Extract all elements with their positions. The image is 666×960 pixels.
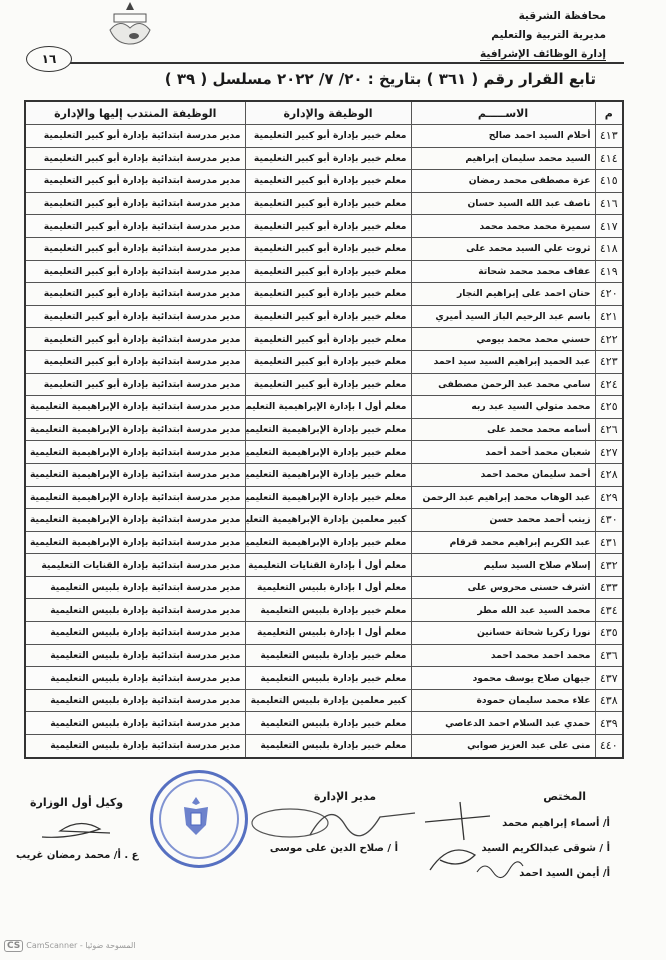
name-cell: عزة مصطفى محمد رمضان <box>411 170 595 193</box>
name-cell: شعبان محمد أحمد أحمد <box>411 441 595 464</box>
eagle-emblem-icon <box>178 795 214 839</box>
table-row: ٤١٨ثروت علي السيد محمد علىمعلم خبير بإدا… <box>25 237 623 260</box>
serial-cell: ٤٣٣ <box>595 576 623 599</box>
new-job-cell: مدير مدرسة ابتدائية بإدارة بلبيس التعليم… <box>25 689 245 712</box>
new-job-cell: مدير مدرسة ابتدائية بإدارة أبو كبير التع… <box>25 260 245 283</box>
column-header-current-job: الوظيفة والإدارة <box>245 101 411 125</box>
new-job-cell: مدير مدرسة ابتدائية بإدارة بلبيس التعليم… <box>25 644 245 667</box>
new-job-cell: مدير مدرسة ابتدائية بإدارة بلبيس التعليم… <box>25 735 245 758</box>
table-row: ٤٢٢حسني محمد محمد بيوميمعلم خبير بإدارة … <box>25 328 623 351</box>
name-cell: محمد متولي السيد عبد ربه <box>411 396 595 419</box>
name-cell: اشرف حسنى محروس على <box>411 576 595 599</box>
table-row: ٤١٧سميرة محمد محمد محمدمعلم خبير بإدارة … <box>25 215 623 238</box>
current-job-cell: كبير معلمين بإدارة بلبيس التعليمية <box>245 689 411 712</box>
table-row: ٤٢٥محمد متولي السيد عبد ربهمعلم أول ا بإ… <box>25 396 623 419</box>
name-cell: أحلام السيد احمد صالح <box>411 125 595 148</box>
undersecretary-signature-scrawl <box>40 815 120 843</box>
table-row: ٤٢٧شعبان محمد أحمد أحمدمعلم خبير بإدارة … <box>25 441 623 464</box>
specialist-name-3: أ/ أيمن السيد احمد <box>519 868 610 879</box>
serial-cell: ٤٣٢ <box>595 554 623 577</box>
table-row: ٤١٩عفاف محمد محمد شحاتةمعلم خبير بإدارة … <box>25 260 623 283</box>
name-cell: إسلام صلاح السيد سليم <box>411 554 595 577</box>
serial-cell: ٤٢٧ <box>595 441 623 464</box>
name-cell: منى على عبد العزيز صوابي <box>411 735 595 758</box>
scanner-watermark: CSCamScanner - المسوحة ضوئيا <box>4 940 136 952</box>
table-header-row: م الاســـــم الوظيفة والإدارة الوظيفة ال… <box>25 101 623 125</box>
serial-cell: ٤١٧ <box>595 215 623 238</box>
table-row: ٤٣٩حمدي عبد السلام احمد الدعاصيمعلم خبير… <box>25 712 623 735</box>
name-cell: عفاف محمد محمد شحاتة <box>411 260 595 283</box>
specialist-3-signature-scrawl <box>475 858 525 880</box>
directorate-title: مديرية التربية والتعليم <box>491 29 606 41</box>
name-cell: حسني محمد محمد بيومي <box>411 328 595 351</box>
table-row: ٤٢٩عبد الوهاب محمد إبراهيم عبد الرحمنمعل… <box>25 486 623 509</box>
current-job-cell: معلم أول ا بإدارة بلبيس التعليمية <box>245 622 411 645</box>
serial-cell: ٤٢٨ <box>595 463 623 486</box>
department-title: إدارة الوظائف الإشرافية <box>480 48 606 61</box>
undersecretary-name: ع . أ/ محمد رمضان غريب <box>16 850 138 861</box>
director-signature-scrawl <box>250 795 420 845</box>
name-cell: محمد احمد محمد احمد <box>411 644 595 667</box>
current-job-cell: معلم خبير بإدارة الإبراهيمية التعليمية <box>245 418 411 441</box>
new-job-cell: مدير مدرسة ابتدائية بإدارة أبو كبير التع… <box>25 373 245 396</box>
name-cell: نورا زكريا شحاتة حسانين <box>411 622 595 645</box>
current-job-cell: معلم خبير بإدارة الإبراهيمية التعليمية <box>245 531 411 554</box>
new-job-cell: مدير مدرسة ابتدائية بإدارة أبو كبير التع… <box>25 305 245 328</box>
new-job-cell: مدير مدرسة ابتدائية بإدارة بلبيس التعليم… <box>25 667 245 690</box>
table-row: ٤١٥عزة مصطفى محمد رمضانمعلم خبير بإدارة … <box>25 170 623 193</box>
current-job-cell: معلم خبير بإدارة أبو كبير التعليمية <box>245 170 411 193</box>
table-row: ٤٣٣اشرف حسنى محروس علىمعلم أول ا بإدارة … <box>25 576 623 599</box>
current-job-cell: معلم خبير بإدارة أبو كبير التعليمية <box>245 283 411 306</box>
serial-cell: ٤٢٦ <box>595 418 623 441</box>
current-job-cell: معلم خبير بإدارة أبو كبير التعليمية <box>245 305 411 328</box>
roster-body: ٤١٣أحلام السيد احمد صالحمعلم خبير بإدارة… <box>25 125 623 758</box>
governorate-title: محافظة الشرقية <box>519 10 606 22</box>
table-row: ٤٢٣عبد الحميد إبراهيم السيد سيد احمدمعلم… <box>25 350 623 373</box>
current-job-cell: معلم أول أ بإدارة القنايات التعليمية <box>245 554 411 577</box>
current-job-cell: معلم خبير بإدارة أبو كبير التعليمية <box>245 350 411 373</box>
new-job-cell: مدير مدرسة ابتدائية بإدارة أبو كبير التع… <box>25 237 245 260</box>
current-job-cell: معلم خبير بإدارة الإبراهيمية التعليمية <box>245 463 411 486</box>
name-cell: حنان احمد على إبراهيم النجار <box>411 283 595 306</box>
name-cell: أحمد سليمان محمد احمد <box>411 463 595 486</box>
name-cell: عبد الوهاب محمد إبراهيم عبد الرحمن <box>411 486 595 509</box>
roster-table: م الاســـــم الوظيفة والإدارة الوظيفة ال… <box>24 100 624 759</box>
current-job-cell: معلم أول ا بإدارة بلبيس التعليمية <box>245 576 411 599</box>
serial-cell: ٤١٦ <box>595 192 623 215</box>
name-cell: جيهان صلاح يوسف محمود <box>411 667 595 690</box>
decision-reference: تابع القرار رقم ( ٣٦١ ) بتاريخ : ٢٠/ ٧/ … <box>165 70 596 88</box>
table-row: ٤٣٤محمد السيد عبد الله مطرمعلم خبير بإدا… <box>25 599 623 622</box>
current-job-cell: معلم خبير بإدارة أبو كبير التعليمية <box>245 237 411 260</box>
serial-cell: ٤٢٩ <box>595 486 623 509</box>
header-rule <box>28 62 624 64</box>
new-job-cell: مدير مدرسة ابتدائية بإدارة الإبراهيمية ا… <box>25 463 245 486</box>
current-job-cell: كبير معلمين بإدارة الإبراهيمية التعليمية <box>245 509 411 532</box>
new-job-cell: مدير مدرسة ابتدائية بإدارة الإبراهيمية ا… <box>25 486 245 509</box>
page-number-badge: ١٦ <box>26 46 72 72</box>
new-job-cell: مدير مدرسة ابتدائية بإدارة بلبيس التعليم… <box>25 622 245 645</box>
column-header-new-job: الوظيفة المنتدب إليها والإدارة <box>25 101 245 125</box>
current-job-cell: معلم خبير بإدارة أبو كبير التعليمية <box>245 328 411 351</box>
serial-cell: ٤٣٤ <box>595 599 623 622</box>
serial-cell: ٤٢١ <box>595 305 623 328</box>
current-job-cell: معلم خبير بإدارة أبو كبير التعليمية <box>245 373 411 396</box>
serial-cell: ٤٣٨ <box>595 689 623 712</box>
table-row: ٤٣٦محمد احمد محمد احمدمعلم خبير بإدارة ب… <box>25 644 623 667</box>
scanner-text: CamScanner - المسوحة ضوئيا <box>26 941 135 950</box>
current-job-cell: معلم خبير بإدارة بلبيس التعليمية <box>245 644 411 667</box>
serial-cell: ٤١٣ <box>595 125 623 148</box>
serial-cell: ٤٣٥ <box>595 622 623 645</box>
new-job-cell: مدير مدرسة ابتدائية بإدارة بلبيس التعليم… <box>25 712 245 735</box>
table-row: ٤٣٢إسلام صلاح السيد سليممعلم أول أ بإدار… <box>25 554 623 577</box>
undersecretary-title: وكيل أول الوزارة <box>30 796 123 809</box>
serial-cell: ٤٢٣ <box>595 350 623 373</box>
serial-cell: ٤٢٤ <box>595 373 623 396</box>
table-row: ٤٢١باسم عبد الرحيم الباز السيد أميريمعلم… <box>25 305 623 328</box>
serial-cell: ٤٢٥ <box>595 396 623 419</box>
table-row: ٤٢٤سامي محمد عبد الرحمن مصطفىمعلم خبير ب… <box>25 373 623 396</box>
name-cell: عبد الكريم إبراهيم محمد قرقام <box>411 531 595 554</box>
camscanner-logo-icon: CS <box>4 940 23 952</box>
new-job-cell: مدير مدرسة ابتدائية بإدارة أبو كبير التع… <box>25 350 245 373</box>
new-job-cell: مدير مدرسة ابتدائية بإدارة أبو كبير التع… <box>25 125 245 148</box>
serial-cell: ٤٣٩ <box>595 712 623 735</box>
serial-cell: ٤٣١ <box>595 531 623 554</box>
column-header-serial: م <box>595 101 623 125</box>
serial-cell: ٤٢٢ <box>595 328 623 351</box>
serial-cell: ٤١٨ <box>595 237 623 260</box>
current-job-cell: معلم خبير بإدارة أبو كبير التعليمية <box>245 147 411 170</box>
current-job-cell: معلم خبير بإدارة بلبيس التعليمية <box>245 712 411 735</box>
table-row: ٤٣١عبد الكريم إبراهيم محمد قرقاممعلم خبي… <box>25 531 623 554</box>
current-job-cell: معلم خبير بإدارة بلبيس التعليمية <box>245 599 411 622</box>
current-job-cell: معلم خبير بإدارة الإبراهيمية التعليمية <box>245 441 411 464</box>
serial-cell: ٤١٤ <box>595 147 623 170</box>
serial-cell: ٤١٩ <box>595 260 623 283</box>
table-row: ٤١٤السيد محمد سليمان إبراهيممعلم خبير بإ… <box>25 147 623 170</box>
table-row: ٤١٣أحلام السيد احمد صالحمعلم خبير بإدارة… <box>25 125 623 148</box>
new-job-cell: مدير مدرسة ابتدائية بإدارة أبو كبير التع… <box>25 328 245 351</box>
new-job-cell: مدير مدرسة ابتدائية بإدارة أبو كبير التع… <box>25 215 245 238</box>
table-row: ٤٢٦أسامه محمد محمد علىمعلم خبير بإدارة ا… <box>25 418 623 441</box>
serial-cell: ٤١٥ <box>595 170 623 193</box>
new-job-cell: مدير مدرسة ابتدائية بإدارة أبو كبير التع… <box>25 147 245 170</box>
new-job-cell: مدير مدرسة ابتدائية بإدارة الإبراهيمية ا… <box>25 441 245 464</box>
table-row: ٤٢٨أحمد سليمان محمد احمدمعلم خبير بإدارة… <box>25 463 623 486</box>
table-row: ٤٣٥نورا زكريا شحاتة حسانينمعلم أول ا بإد… <box>25 622 623 645</box>
name-cell: ناصف عبد الله السيد حسان <box>411 192 595 215</box>
current-job-cell: معلم خبير بإدارة بلبيس التعليمية <box>245 735 411 758</box>
current-job-cell: معلم أول ا بإدارة الإبراهيمية التعليمية <box>245 396 411 419</box>
table-row: ٤٣٧جيهان صلاح يوسف محمودمعلم خبير بإدارة… <box>25 667 623 690</box>
serial-cell: ٤٢٠ <box>595 283 623 306</box>
name-cell: ثروت علي السيد محمد على <box>411 237 595 260</box>
new-job-cell: مدير مدرسة ابتدائية بإدارة بلبيس التعليم… <box>25 576 245 599</box>
new-job-cell: مدير مدرسة ابتدائية بإدارة الإبراهيمية ا… <box>25 418 245 441</box>
name-cell: عبد الحميد إبراهيم السيد سيد احمد <box>411 350 595 373</box>
table-row: ٤٣٨علاء محمد سليمان حمودةكبير معلمين بإد… <box>25 689 623 712</box>
specialist-name-2: أ / شوقى عبدالكريم السيد <box>482 843 611 854</box>
new-job-cell: مدير مدرسة ابتدائية بإدارة الإبراهيمية ا… <box>25 396 245 419</box>
name-cell: حمدي عبد السلام احمد الدعاصي <box>411 712 595 735</box>
table-row: ٤٤٠منى على عبد العزيز صوابيمعلم خبير بإد… <box>25 735 623 758</box>
current-job-cell: معلم خبير بإدارة أبو كبير التعليمية <box>245 215 411 238</box>
new-job-cell: مدير مدرسة ابتدائية بإدارة الإبراهيمية ا… <box>25 531 245 554</box>
serial-cell: ٤٣٠ <box>595 509 623 532</box>
new-job-cell: مدير مدرسة ابتدائية بإدارة القنايات التع… <box>25 554 245 577</box>
column-header-name: الاســـــم <box>411 101 595 125</box>
current-job-cell: معلم خبير بإدارة أبو كبير التعليمية <box>245 260 411 283</box>
current-job-cell: معلم خبير بإدارة أبو كبير التعليمية <box>245 125 411 148</box>
name-cell: زينب أحمد محمد حسن <box>411 509 595 532</box>
current-job-cell: معلم خبير بإدارة بلبيس التعليمية <box>245 667 411 690</box>
name-cell: سامي محمد عبد الرحمن مصطفى <box>411 373 595 396</box>
name-cell: أسامه محمد محمد على <box>411 418 595 441</box>
new-job-cell: مدير مدرسة ابتدائية بإدارة أبو كبير التع… <box>25 283 245 306</box>
table-row: ٤١٦ناصف عبد الله السيد حسانمعلم خبير بإد… <box>25 192 623 215</box>
name-cell: باسم عبد الرحيم الباز السيد أميري <box>411 305 595 328</box>
new-job-cell: مدير مدرسة ابتدائية بإدارة الإبراهيمية ا… <box>25 509 245 532</box>
new-job-cell: مدير مدرسة ابتدائية بإدارة بلبيس التعليم… <box>25 599 245 622</box>
specialist-name-1: أ/ أسماء إبراهيم محمد <box>502 818 610 829</box>
current-job-cell: معلم خبير بإدارة الإبراهيمية التعليمية <box>245 486 411 509</box>
name-cell: السيد محمد سليمان إبراهيم <box>411 147 595 170</box>
current-job-cell: معلم خبير بإدارة أبو كبير التعليمية <box>245 192 411 215</box>
name-cell: محمد السيد عبد الله مطر <box>411 599 595 622</box>
serial-cell: ٤٣٧ <box>595 667 623 690</box>
new-job-cell: مدير مدرسة ابتدائية بإدارة أبو كبير التع… <box>25 170 245 193</box>
new-job-cell: مدير مدرسة ابتدائية بإدارة أبو كبير التع… <box>25 192 245 215</box>
serial-cell: ٤٤٠ <box>595 735 623 758</box>
serial-cell: ٤٣٦ <box>595 644 623 667</box>
specialist-title: المختص <box>543 790 586 803</box>
ministry-logo-icon <box>100 0 160 48</box>
table-row: ٤٢٠حنان احمد على إبراهيم النجارمعلم خبير… <box>25 283 623 306</box>
table-row: ٤٣٠زينب أحمد محمد حسنكبير معلمين بإدارة … <box>25 509 623 532</box>
name-cell: سميرة محمد محمد محمد <box>411 215 595 238</box>
name-cell: علاء محمد سليمان حمودة <box>411 689 595 712</box>
